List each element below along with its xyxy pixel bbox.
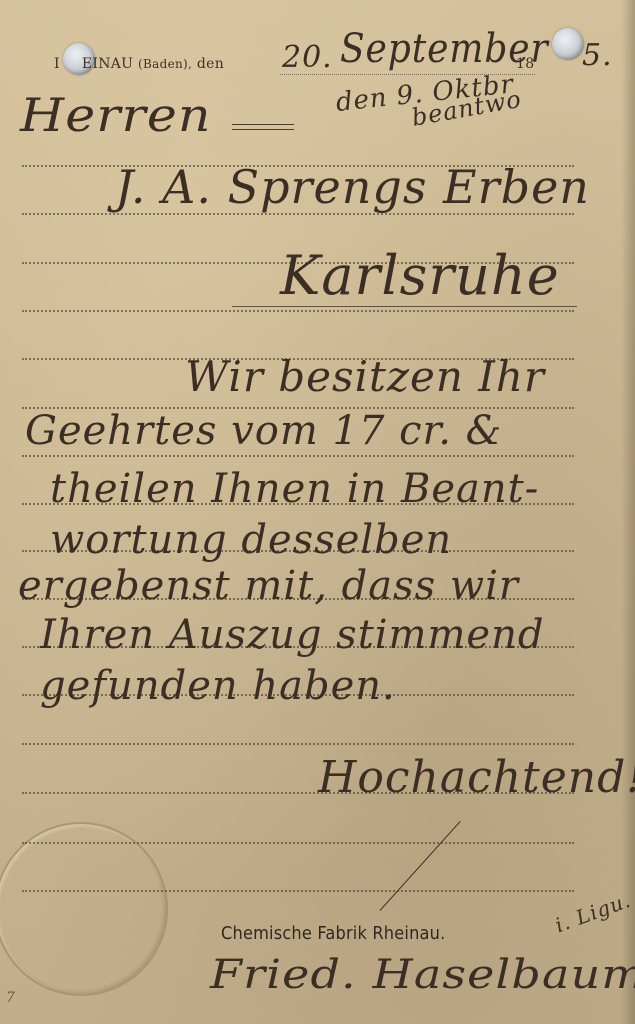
city-underline: [232, 306, 577, 307]
body-line: theilen Ihnen in Beant-: [50, 466, 539, 512]
rule-line: [22, 310, 574, 312]
handwritten-signature: Fried. Haselbaum: [210, 952, 635, 998]
postcard: IEINAU (Baden), den 18 20. September 5. …: [0, 0, 635, 1024]
letterhead-den: den: [197, 56, 224, 72]
body-line: Ihren Auszug stimmend: [40, 612, 544, 658]
punch-hole-right: [552, 28, 584, 60]
handwritten-salutation: Herren: [20, 88, 212, 142]
letterhead-place-name: EINAU: [82, 56, 133, 72]
circular-emboss: [0, 822, 168, 996]
diagonal-pen-stroke: [380, 821, 461, 911]
letterhead-place: IEINAU (Baden), den: [54, 56, 224, 72]
body-line: wortung desselben: [50, 517, 452, 563]
body-line: Geehrtes vom 17 cr. &: [25, 408, 502, 454]
handwritten-recipient: J. A. Sprengs Erben: [115, 160, 590, 214]
letterhead-place-initial: I: [54, 56, 60, 72]
letterhead-region: (Baden),: [138, 57, 192, 71]
salutation-double-underline: [232, 124, 294, 130]
rule-line: [22, 842, 574, 844]
body-line: gefunden haben.: [40, 663, 396, 709]
rule-line: [22, 455, 574, 457]
card-edge-shadow: [621, 0, 635, 1024]
rule-line: [22, 743, 574, 745]
handwritten-closing: Hochachtend!: [318, 752, 635, 803]
rule-line: [22, 890, 574, 892]
company-name-print: Chemische Fabrik Rheinau.: [221, 923, 445, 944]
body-line: Wir besitzen Ihr: [185, 352, 545, 401]
handwritten-city: Karlsruhe: [280, 244, 560, 307]
handwritten-date-month: September: [340, 26, 549, 72]
margin-mark: 7: [6, 990, 16, 1006]
body-line: ergebenst mit, dass wir: [18, 563, 519, 609]
handwritten-date-day: 20.: [282, 40, 333, 75]
handwritten-year-suffix: 5.: [582, 38, 613, 73]
